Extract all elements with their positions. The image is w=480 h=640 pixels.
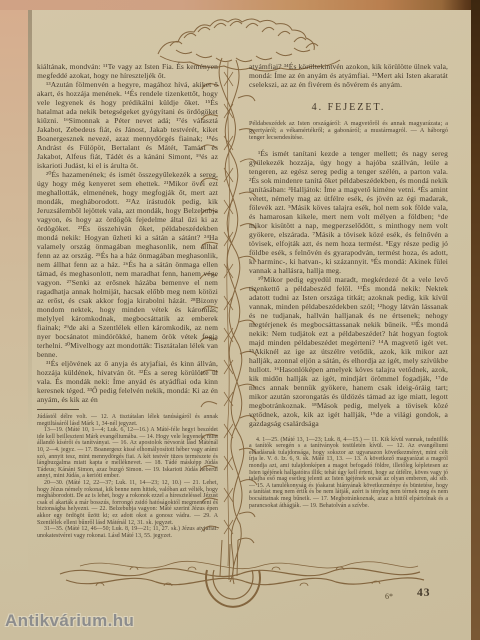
ornament-canopy: [158, 19, 314, 54]
footnote: 20—30. (Máté 12, 22—37; Luk. 11, 14—23; …: [37, 480, 218, 526]
body-paragraph: ²⁰És hazamenének; és ismét összegyűlekez…: [37, 170, 218, 359]
footnote: 13—19. (Máté 10, 1—4; Luk. 6, 12—16.) A …: [37, 427, 218, 480]
body-paragraph: ¹³Azután fölmenvén a hegyre, magához hív…: [37, 80, 218, 170]
scan-right-edge: [471, 0, 480, 640]
ornament-vine: [219, 58, 242, 582]
left-text-column: kiáltának, mondván: ¹¹Te vagy az Isten F…: [37, 62, 218, 582]
chapter-summary: Példabeszédek az Isten országáról: A mag…: [249, 120, 448, 142]
page-number: 43: [417, 587, 431, 599]
scan-top-edge: [0, 0, 480, 10]
footnote: Júdástól délre volt. — 12. A tisztátalan…: [37, 414, 218, 427]
chapter-heading: 4. FEJEZET.: [249, 102, 448, 113]
footnote: 4. 1—25. (Máté 13, 1—23; Luk. 8, 4—15.) …: [249, 437, 448, 510]
scan-left-page-edge: [0, 10, 28, 640]
footnote: 31—35. (Máté 12, 46—50; Luk. 8, 19—21; 1…: [37, 526, 218, 539]
body-paragraph: ³¹És eljövének az ő anyja és atyjafiai, …: [37, 359, 218, 404]
signature-mark: 6*: [385, 592, 393, 601]
body-paragraph: ¹⁰Mikor pedig egyedül maradt, megkérdezé…: [249, 275, 448, 428]
page-crease-shadow: [28, 10, 32, 440]
right-text-column: atyámfiai? ³⁴És körültekintvén azokon, k…: [249, 62, 448, 590]
footnote-rule: [37, 409, 79, 410]
body-paragraph: ¹És ismét tanítani kezde a tenger mellet…: [249, 149, 448, 275]
body-paragraph: atyámfiai? ³⁴És körültekintvén azokon, k…: [249, 62, 448, 89]
antikvarium-watermark: Antikvárium.hu: [5, 611, 134, 631]
body-paragraph: kiáltának, mondván: ¹¹Te vagy az Isten F…: [37, 62, 218, 80]
